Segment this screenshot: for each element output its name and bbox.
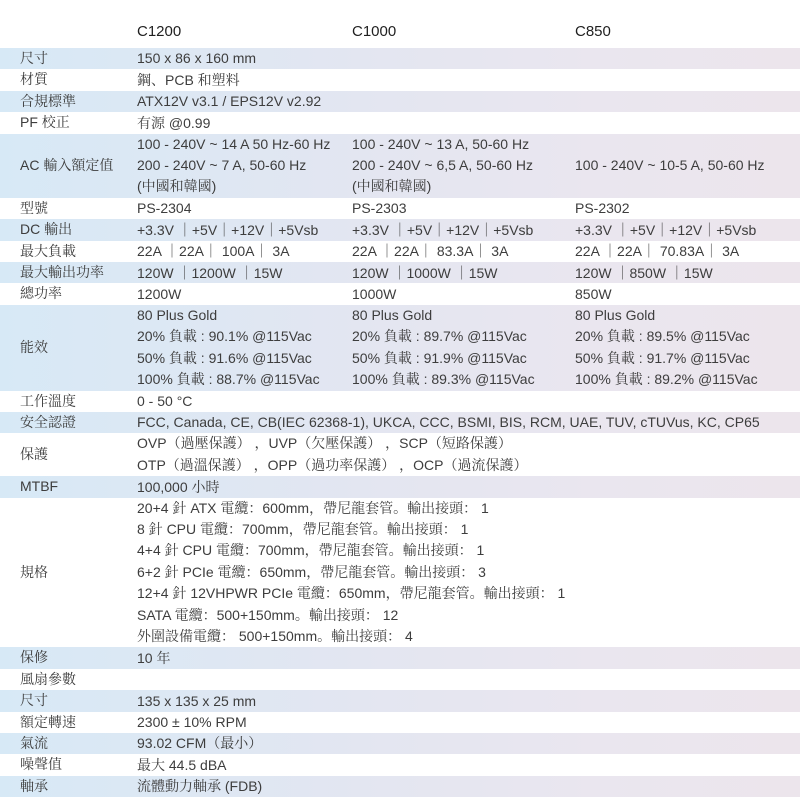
row-value-col2: PS-2303 xyxy=(352,198,575,219)
cell-line: FCC, Canada, CE, CB(IEC 62368-1), UKCA, … xyxy=(137,412,800,433)
cell-line: 10 年 xyxy=(137,648,800,669)
row-label: 合規標準 xyxy=(0,91,137,112)
table-row: 型號PS-2304PS-2303PS-2302 xyxy=(0,198,800,219)
row-label: 規格 xyxy=(0,498,137,648)
row-value: ATX12V v3.1 / EPS12V v2.92 xyxy=(137,91,800,112)
cell-line: 100% 負載 : 89.2% @115Vac xyxy=(575,369,800,390)
cell-line: 6+2 針 PCIe 電纜：650mm，帶尼龍套管。輸出接頭： 3 xyxy=(137,562,800,583)
cell-line: 鋼、PCB 和塑料 xyxy=(137,70,800,91)
row-label: 氣流 xyxy=(0,733,137,754)
row-value-col3: 22A ｜22A｜ 70.83A｜ 3A xyxy=(575,241,800,262)
row-value-col1: 120W ｜1200W ｜15W xyxy=(137,262,352,283)
cell-line: 2300 ± 10% RPM xyxy=(137,712,800,733)
cell-line: 8 針 CPU 電纜：700mm，帶尼龍套管。輸出接頭： 1 xyxy=(137,519,800,540)
table-row: 能效80 Plus Gold20% 負載 : 90.1% @115Vac50% … xyxy=(0,305,800,391)
cell-line: 100 - 240V ~ 10-5 A, 50-60 Hz xyxy=(575,155,800,176)
row-value-col3: 120W ｜850W ｜15W xyxy=(575,262,800,283)
row-value: 鋼、PCB 和塑料 xyxy=(137,69,800,90)
table-row: 工作溫度0 - 50 °C xyxy=(0,391,800,412)
row-label: PF 校正 xyxy=(0,112,137,133)
cell-line: PS-2302 xyxy=(575,198,800,219)
cell-line: 0 - 50 °C xyxy=(137,391,800,412)
spec-comparison-table: C1200 C1000 C850 尺寸150 x 86 x 160 mm材質鋼、… xyxy=(0,0,800,797)
row-label: 風扇參數 xyxy=(0,669,137,690)
table-row: 安全認證FCC, Canada, CE, CB(IEC 62368-1), UK… xyxy=(0,412,800,433)
row-label: 額定轉速 xyxy=(0,712,137,733)
cell-line: 100 - 240V ~ 14 A 50 Hz-60 Hz xyxy=(137,134,352,155)
cell-line: (中國和韓國) xyxy=(352,176,575,197)
row-label: 型號 xyxy=(0,198,137,219)
cell-line: OTP（過溫保護） ，OPP（過功率保護） ，OCP（過流保護） xyxy=(137,455,800,476)
row-value-col1: 80 Plus Gold20% 負載 : 90.1% @115Vac50% 負載… xyxy=(137,305,352,391)
row-label: 軸承 xyxy=(0,776,137,797)
row-value-col3: 850W xyxy=(575,283,800,304)
row-value: 有源 @0.99 xyxy=(137,112,800,133)
table-row: 最大負載22A ｜22A｜ 100A｜ 3A22A ｜22A｜ 83.3A｜ 3… xyxy=(0,241,800,262)
cell-line: 120W ｜1000W ｜15W xyxy=(352,263,575,284)
row-label: 尺寸 xyxy=(0,48,137,69)
cell-line: 850W xyxy=(575,284,800,305)
table-row: 噪聲值最大 44.5 dBA xyxy=(0,754,800,775)
row-value-col1: +3.3V ｜+5V｜+12V｜+5Vsb xyxy=(137,219,352,240)
row-value: 10 年 xyxy=(137,647,800,668)
row-value: 100,000 小時 xyxy=(137,476,800,497)
row-label: 最大輸出功率 xyxy=(0,262,137,283)
cell-line: PS-2303 xyxy=(352,198,575,219)
cell-line: 100% 負載 : 88.7% @115Vac xyxy=(137,369,352,390)
row-value-col1: PS-2304 xyxy=(137,198,352,219)
row-value xyxy=(137,669,800,690)
cell-line: 150 x 86 x 160 mm xyxy=(137,48,800,69)
cell-line: 200 - 240V ~ 7 A, 50-60 Hz xyxy=(137,155,352,176)
row-value-col3: 80 Plus Gold20% 負載 : 89.5% @115Vac50% 負載… xyxy=(575,305,800,391)
cell-line: 80 Plus Gold xyxy=(575,305,800,326)
row-value: 0 - 50 °C xyxy=(137,391,800,412)
row-value-col1: 1200W xyxy=(137,283,352,304)
table-row: 合規標準ATX12V v3.1 / EPS12V v2.92 xyxy=(0,91,800,112)
table-row: 額定轉速2300 ± 10% RPM xyxy=(0,712,800,733)
row-label: 尺寸 xyxy=(0,690,137,711)
cell-line: 20% 負載 : 89.5% @115Vac xyxy=(575,326,800,347)
cell-line: SATA 電纜：500+150mm。輸出接頭： 12 xyxy=(137,605,800,626)
table-row: 保修10 年 xyxy=(0,647,800,668)
row-value-col3: +3.3V ｜+5V｜+12V｜+5Vsb xyxy=(575,219,800,240)
row-value-col2: 100 - 240V ~ 13 A, 50-60 Hz200 - 240V ~ … xyxy=(352,134,575,198)
row-value-col2: 1000W xyxy=(352,283,575,304)
cell-line: 120W ｜1200W ｜15W xyxy=(137,263,352,284)
table-row: AC 輸入額定值100 - 240V ~ 14 A 50 Hz-60 Hz200… xyxy=(0,134,800,198)
cell-line: 1000W xyxy=(352,284,575,305)
cell-line: 有源 @0.99 xyxy=(137,113,800,134)
table-row: 材質鋼、PCB 和塑料 xyxy=(0,69,800,90)
cell-line: 20% 負載 : 90.1% @115Vac xyxy=(137,326,352,347)
cell-line: (中國和韓國) xyxy=(137,176,352,197)
header-col-c1200: C1200 xyxy=(137,23,352,40)
cell-line: 80 Plus Gold xyxy=(352,305,575,326)
cell-line: 50% 負載 : 91.7% @115Vac xyxy=(575,348,800,369)
cell-line: 最大 44.5 dBA xyxy=(137,755,800,776)
table-row: 規格20+4 針 ATX 電纜：600mm，帶尼龍套管。輸出接頭： 18 針 C… xyxy=(0,498,800,648)
table-row: 總功率1200W1000W850W xyxy=(0,283,800,304)
row-label: 保護 xyxy=(0,433,137,476)
row-label: 材質 xyxy=(0,69,137,90)
row-value-col1: 22A ｜22A｜ 100A｜ 3A xyxy=(137,241,352,262)
cell-line: 22A ｜22A｜ 70.83A｜ 3A xyxy=(575,241,800,262)
row-value: 135 x 135 x 25 mm xyxy=(137,690,800,711)
table-row: 軸承流體動力軸承 (FDB) xyxy=(0,776,800,797)
cell-line: 50% 負載 : 91.9% @115Vac xyxy=(352,348,575,369)
cell-line: 100,000 小時 xyxy=(137,477,800,498)
cell-line: ATX12V v3.1 / EPS12V v2.92 xyxy=(137,91,800,112)
row-value: 流體動力軸承 (FDB) xyxy=(137,776,800,797)
table-row: 最大輸出功率120W ｜1200W ｜15W120W ｜1000W ｜15W12… xyxy=(0,262,800,283)
table-row: DC 輸出+3.3V ｜+5V｜+12V｜+5Vsb+3.3V ｜+5V｜+12… xyxy=(0,219,800,240)
row-value-col3: 100 - 240V ~ 10-5 A, 50-60 Hz xyxy=(575,134,800,198)
row-value: 2300 ± 10% RPM xyxy=(137,712,800,733)
table-row: 尺寸150 x 86 x 160 mm xyxy=(0,48,800,69)
row-label: 保修 xyxy=(0,647,137,668)
row-label: 最大負載 xyxy=(0,241,137,262)
cell-line: 200 - 240V ~ 6,5 A, 50-60 Hz xyxy=(352,155,575,176)
cell-line: 135 x 135 x 25 mm xyxy=(137,691,800,712)
row-value: FCC, Canada, CE, CB(IEC 62368-1), UKCA, … xyxy=(137,412,800,433)
header-col-c850: C850 xyxy=(575,23,800,40)
row-value-col2: 120W ｜1000W ｜15W xyxy=(352,262,575,283)
row-label: 工作溫度 xyxy=(0,391,137,412)
cell-line: 22A ｜22A｜ 83.3A｜ 3A xyxy=(352,241,575,262)
cell-line: 4+4 針 CPU 電纜：700mm，帶尼龍套管。輸出接頭： 1 xyxy=(137,540,800,561)
table-row: MTBF100,000 小時 xyxy=(0,476,800,497)
row-label: 安全認證 xyxy=(0,412,137,433)
row-label: 總功率 xyxy=(0,283,137,304)
cell-line: 100% 負載 : 89.3% @115Vac xyxy=(352,369,575,390)
cell-line: PS-2304 xyxy=(137,198,352,219)
table-row: PF 校正有源 @0.99 xyxy=(0,112,800,133)
row-label: 能效 xyxy=(0,305,137,391)
spec-table-body: 尺寸150 x 86 x 160 mm材質鋼、PCB 和塑料合規標準ATX12V… xyxy=(0,48,800,797)
cell-line: 50% 負載 : 91.6% @115Vac xyxy=(137,348,352,369)
row-value-col2: 80 Plus Gold20% 負載 : 89.7% @115Vac50% 負載… xyxy=(352,305,575,391)
table-header: C1200 C1000 C850 xyxy=(0,14,800,48)
cell-line: +3.3V ｜+5V｜+12V｜+5Vsb xyxy=(137,220,352,241)
cell-line: 93.02 CFM（最小） xyxy=(137,733,800,754)
row-value-col3: PS-2302 xyxy=(575,198,800,219)
table-row: 氣流93.02 CFM（最小） xyxy=(0,733,800,754)
row-label: AC 輸入額定值 xyxy=(0,134,137,198)
row-value: 93.02 CFM（最小） xyxy=(137,733,800,754)
header-col-c1000: C1000 xyxy=(352,23,575,40)
row-value: 最大 44.5 dBA xyxy=(137,754,800,775)
cell-line: 流體動力軸承 (FDB) xyxy=(137,776,800,797)
table-row: 尺寸135 x 135 x 25 mm xyxy=(0,690,800,711)
cell-line: 20% 負載 : 89.7% @115Vac xyxy=(352,326,575,347)
row-value: OVP（過壓保護） ，UVP（欠壓保護） ，SCP（短路保護）OTP（過溫保護）… xyxy=(137,433,800,476)
cell-line: 12+4 針 12VHPWR PCIe 電纜：650mm，帶尼龍套管。輸出接頭：… xyxy=(137,583,800,604)
cell-line: 1200W xyxy=(137,284,352,305)
row-label: 噪聲值 xyxy=(0,754,137,775)
row-value: 150 x 86 x 160 mm xyxy=(137,48,800,69)
cell-line: 80 Plus Gold xyxy=(137,305,352,326)
cell-line: +3.3V ｜+5V｜+12V｜+5Vsb xyxy=(352,220,575,241)
cell-line: 120W ｜850W ｜15W xyxy=(575,263,800,284)
row-label: DC 輸出 xyxy=(0,219,137,240)
row-value-col2: 22A ｜22A｜ 83.3A｜ 3A xyxy=(352,241,575,262)
row-label: MTBF xyxy=(0,476,137,497)
table-row: 保護OVP（過壓保護） ，UVP（欠壓保護） ，SCP（短路保護）OTP（過溫保… xyxy=(0,433,800,476)
cell-line: OVP（過壓保護） ，UVP（欠壓保護） ，SCP（短路保護） xyxy=(137,433,800,454)
cell-line: 外圍設備電纜： 500+150mm。輸出接頭： 4 xyxy=(137,626,800,647)
row-value: 20+4 針 ATX 電纜：600mm，帶尼龍套管。輸出接頭： 18 針 CPU… xyxy=(137,498,800,648)
cell-line: 20+4 針 ATX 電纜：600mm，帶尼龍套管。輸出接頭： 1 xyxy=(137,498,800,519)
row-value-col1: 100 - 240V ~ 14 A 50 Hz-60 Hz200 - 240V … xyxy=(137,134,352,198)
cell-line: 22A ｜22A｜ 100A｜ 3A xyxy=(137,241,352,262)
row-value-col2: +3.3V ｜+5V｜+12V｜+5Vsb xyxy=(352,219,575,240)
cell-line: +3.3V ｜+5V｜+12V｜+5Vsb xyxy=(575,220,800,241)
table-row: 風扇參數 xyxy=(0,669,800,690)
cell-line: 100 - 240V ~ 13 A, 50-60 Hz xyxy=(352,134,575,155)
